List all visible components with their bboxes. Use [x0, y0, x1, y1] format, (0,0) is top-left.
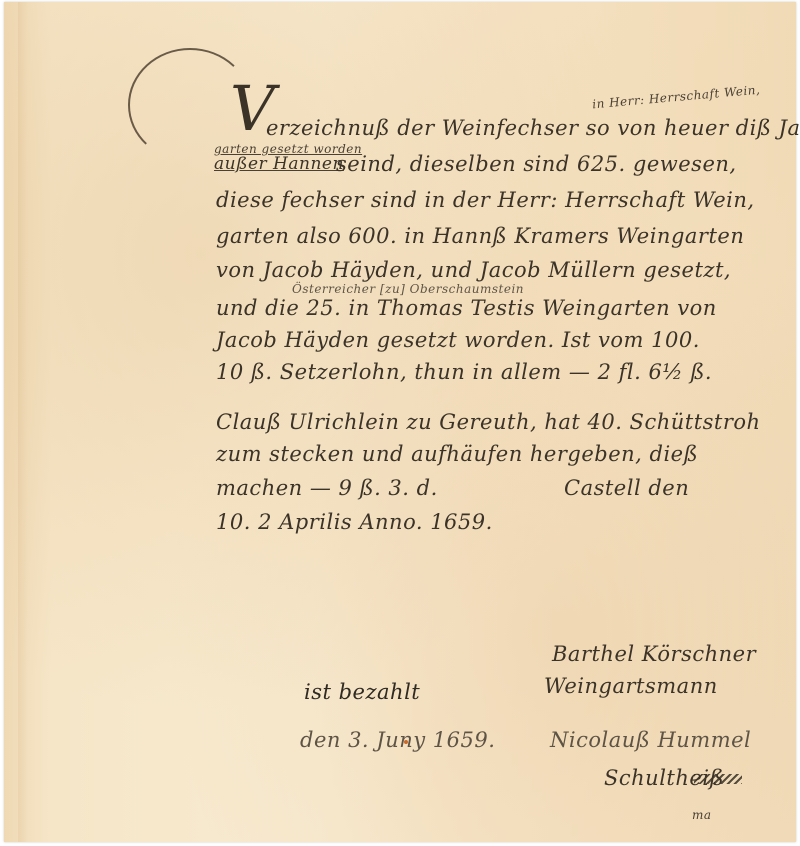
text-line-11b: Castell den: [564, 476, 689, 500]
document-sheet: V in Herr: Herrschaft Wein, erzeichnuß d…: [4, 2, 796, 842]
signer-title: Weingartsmann: [544, 674, 718, 698]
interlinear-addition-3: Österreicher [zu] Oberschaumstein: [292, 282, 524, 296]
paid-label: ist bezahlt: [304, 680, 420, 704]
interlinear-addition-1: in Herr: Herrschaft Wein,: [592, 83, 761, 112]
text-line-2b: seind, dieselben sind 625. gewesen,: [336, 152, 737, 176]
paid-date: den 3. Juny 1659.: [300, 728, 495, 752]
text-line-7: Jacob Häyden gesetzt worden. Ist vom 100…: [216, 328, 700, 352]
text-line-4: garten also 600. in Hannß Kramers Weinga…: [216, 224, 744, 248]
text-line-12: 10. 2 Aprilis Anno. 1659.: [216, 510, 493, 534]
ink-spot: [404, 740, 408, 744]
text-line-9: Clauß Ulrichlein zu Gereuth, hat 40. Sch…: [216, 410, 761, 434]
signature-tail: ma: [692, 808, 712, 822]
text-line-10: zum stecken und aufhäufen hergeben, dieß: [216, 442, 698, 466]
paper-fold: [18, 2, 28, 842]
text-line-1: erzeichnuß der Weinfechser so von heuer …: [266, 116, 800, 140]
signature-scribble: [694, 774, 742, 784]
text-line-3: diese fechser sind in der Herr: Herrscha…: [216, 188, 755, 212]
text-line-5: von Jacob Häyden, und Jacob Müllern gese…: [216, 258, 731, 282]
payer-name: Nicolauß Hummel: [550, 728, 751, 752]
text-line-2a: außer Hannen: [214, 154, 344, 174]
text-line-8: 10 ß. Setzerlohn, thun in allem — 2 fl. …: [216, 360, 712, 384]
text-line-11a: machen — 9 ß. 3. d.: [216, 476, 438, 500]
signer-name: Barthel Körschner: [552, 642, 756, 666]
text-line-6: und die 25. in Thomas Testis Weingarten …: [216, 296, 717, 320]
